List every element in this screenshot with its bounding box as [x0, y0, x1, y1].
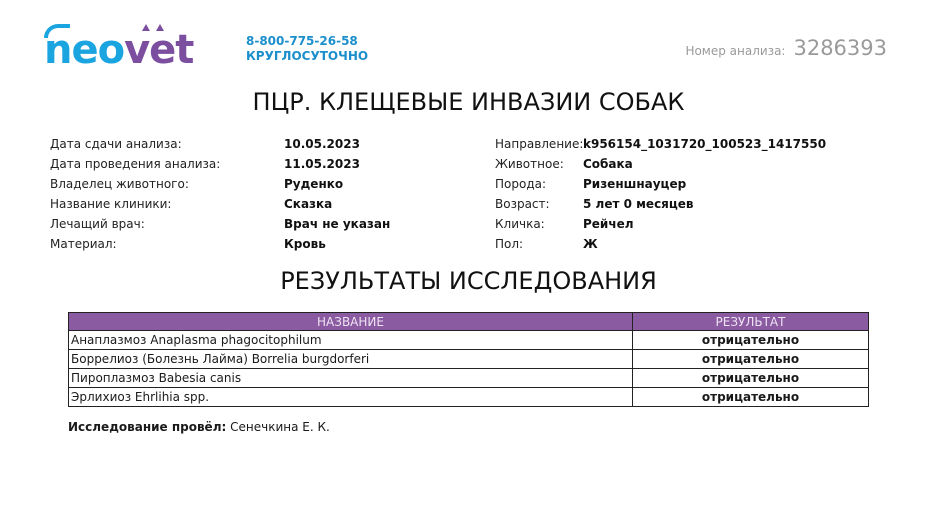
- info-row: Название клиники:Сказка: [50, 194, 390, 214]
- hours-label: КРУГЛОСУТОЧНО: [246, 49, 368, 64]
- info-row: Направление:k956154_1031720_100523_14175…: [495, 134, 826, 154]
- neovet-logo: neo vet: [44, 26, 193, 70]
- page-title: ПЦР. КЛЕЩЕВЫЕ ИНВАЗИИ СОБАК: [0, 88, 937, 116]
- info-left: Дата сдачи анализа:10.05.2023 Дата прове…: [50, 134, 390, 254]
- info-row: Пол:Ж: [495, 234, 826, 254]
- analysis-number-value: 3286393: [793, 36, 887, 60]
- info-row: Дата проведения анализа:11.05.2023: [50, 154, 390, 174]
- performer: Исследование провёл: Сенечкина Е. К.: [68, 420, 330, 434]
- table-row: Боррелиоз (Болезнь Лайма) Borrelia burgd…: [69, 350, 869, 369]
- performer-label: Исследование провёл:: [68, 420, 226, 434]
- performer-name: Сенечкина Е. К.: [230, 420, 330, 434]
- results-table: НАЗВАНИЕ РЕЗУЛЬТАТ Анаплазмоз Anaplasma …: [68, 312, 869, 407]
- table-row: Анаплазмоз Anaplasma phagocitophilumотри…: [69, 331, 869, 350]
- table-row: Эрлихиоз Ehrlihia spp.отрицательно: [69, 388, 869, 407]
- phone-number: 8-800-775-26-58: [246, 34, 368, 49]
- logo-neo: neo: [44, 30, 124, 70]
- column-header-result: РЕЗУЛЬТАТ: [633, 313, 869, 331]
- info-row: Материал:Кровь: [50, 234, 390, 254]
- column-header-name: НАЗВАНИЕ: [69, 313, 633, 331]
- cat-ears-icon: [141, 24, 165, 32]
- hotline: 8-800-775-26-58 КРУГЛОСУТОЧНО: [246, 34, 368, 64]
- logo-vet: vet: [124, 30, 193, 70]
- table-header-row: НАЗВАНИЕ РЕЗУЛЬТАТ: [69, 313, 869, 331]
- analysis-number-label: Номер анализа:: [685, 44, 785, 58]
- analysis-number: Номер анализа: 3286393: [685, 36, 887, 60]
- info-row: Владелец животного:Руденко: [50, 174, 390, 194]
- info-row: Кличка:Рейчел: [495, 214, 826, 234]
- info-row: Лечащий врач:Врач не указан: [50, 214, 390, 234]
- table-row: Пироплазмоз Babesia canisотрицательно: [69, 369, 869, 388]
- info-row: Животное:Собака: [495, 154, 826, 174]
- info-row: Дата сдачи анализа:10.05.2023: [50, 134, 390, 154]
- info-row: Возраст:5 лет 0 месяцев: [495, 194, 826, 214]
- results-title: РЕЗУЛЬТАТЫ ИССЛЕДОВАНИЯ: [0, 267, 937, 295]
- info-right: Направление:k956154_1031720_100523_14175…: [495, 134, 826, 254]
- info-row: Порода:Ризеншнауцер: [495, 174, 826, 194]
